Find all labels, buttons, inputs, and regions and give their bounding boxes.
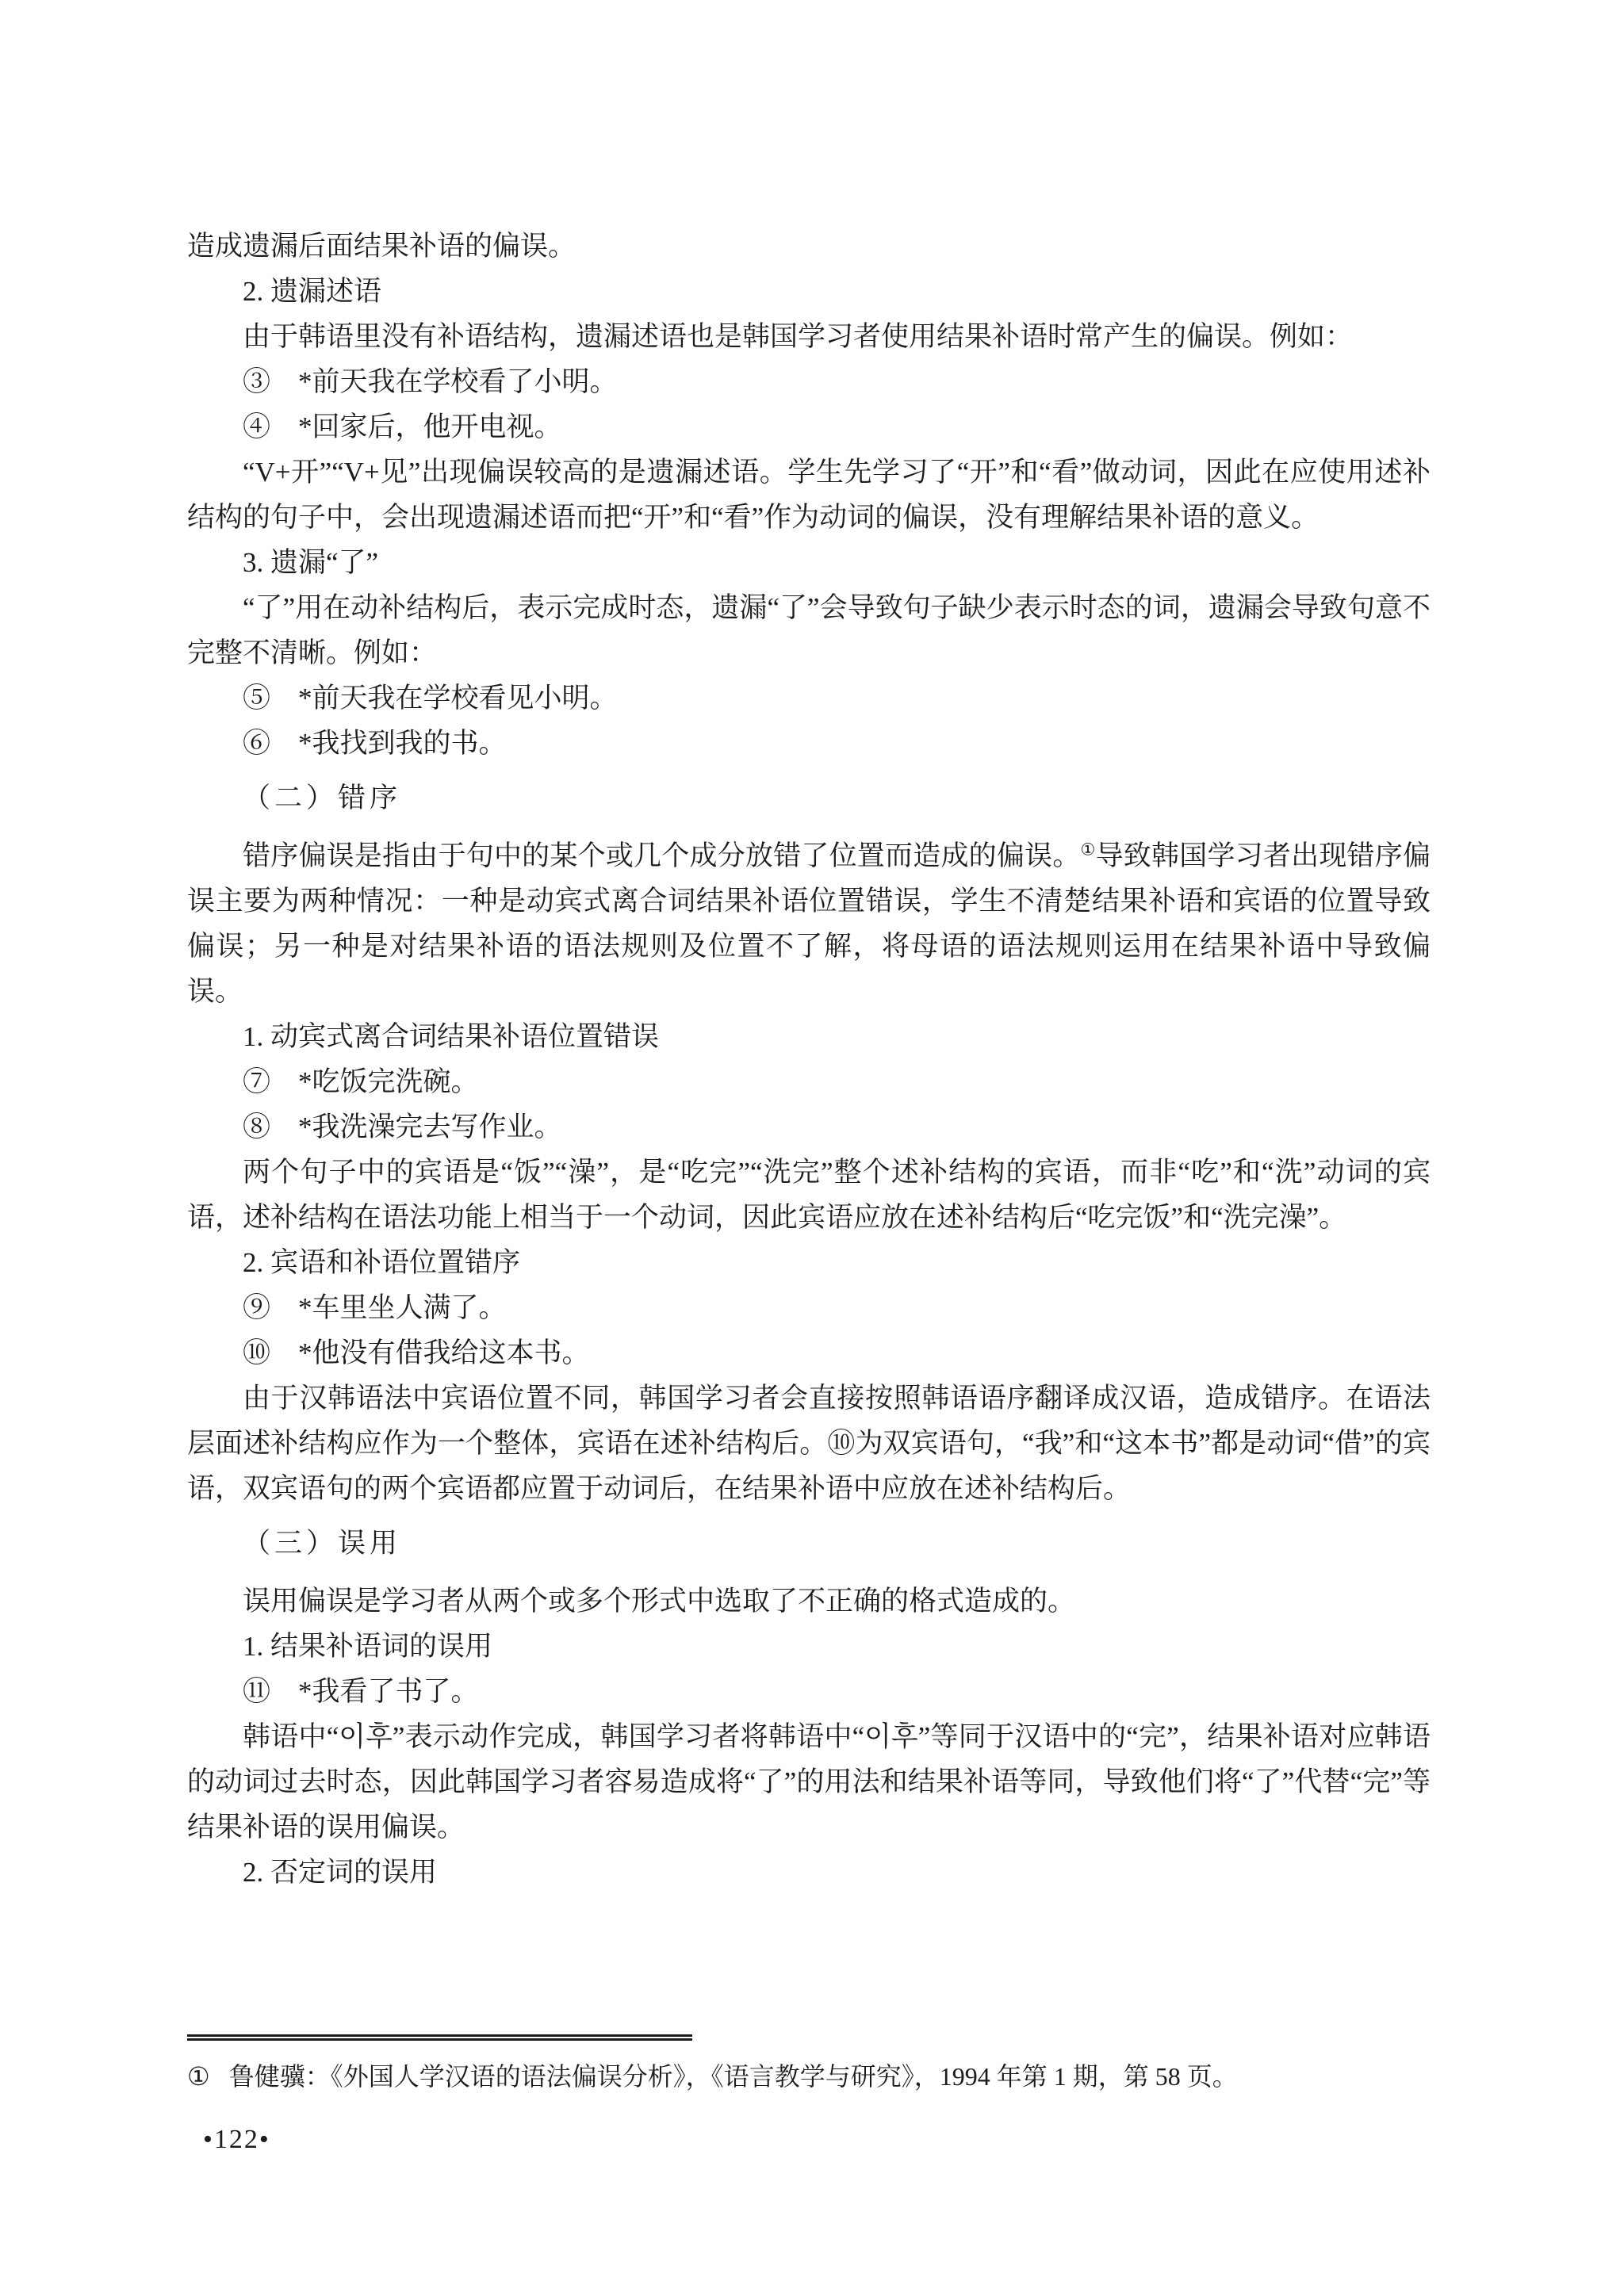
list-heading-omit-predicate: 2. 遗漏述语 [187,269,1431,314]
footnote-text: 鲁健骥：《外国人学汉语的语法偏误分析》，《语言教学与研究》，1994 年第 1 … [229,2062,1238,2091]
page-number: •122• [203,2125,1431,2155]
body-paragraph: 两个句子中的宾语是“饭”“澡”，是“吃完”“洗完”整个述补结构的宾语，而非“吃”… [187,1150,1431,1240]
example-sentence-4: ④ *回家后，他开电视。 [187,404,1431,450]
example-sentence-8: ⑧ *我洗澡完去写作业。 [187,1104,1431,1150]
body-paragraph: 由于韩语里没有补语结构，遗漏述语也是韩国学习者使用结果补语时常产生的偏误。例如： [187,314,1431,359]
example-sentence-11: ⑪ *我看了书了。 [187,1669,1431,1714]
example-sentence-3: ③ *前天我在学校看了小明。 [187,359,1431,404]
list-heading-object-complement-order: 2. 宾语和补语位置错序 [187,1240,1431,1285]
footnote-marker: ① [187,2058,210,2095]
example-sentence-6: ⑥ *我找到我的书。 [187,721,1431,766]
list-heading-separable-verb-error: 1. 动宾式离合词结果补语位置错误 [187,1014,1431,1059]
footnote-ref-marker: ① [1081,840,1096,859]
paragraph-text: 错序偏误是指由于句中的某个或几个成分放错了位置而造成的偏误。 [243,840,1081,871]
list-heading-negation-misuse: 2. 否定词的误用 [187,1850,1431,1895]
body-paragraph: 韩语中“이후”表示动作完成，韩国学习者将韩语中“이후”等同于汉语中的“完”，结果… [187,1714,1431,1850]
section-heading-misordering: （二）错序 [187,775,1431,821]
body-paragraph: 由于汉韩语法中宾语位置不同，韩国学习者会直接按照韩语语序翻译成汉语，造成错序。在… [187,1376,1431,1511]
page-footer: ①鲁健骥：《外国人学汉语的语法偏误分析》，《语言教学与研究》，1994 年第 1… [187,2034,1431,2155]
paragraph-continuation: 造成遗漏后面结果补语的偏误。 [187,224,1431,269]
example-sentence-5: ⑤ *前天我在学校看见小明。 [187,675,1431,721]
section-heading-misuse: （三）误用 [187,1521,1431,1566]
document-page: 造成遗漏后面结果补语的偏误。 2. 遗漏述语 由于韩语里没有补语结构，遗漏述语也… [0,0,1624,2296]
example-sentence-9: ⑨ *车里坐人满了。 [187,1285,1431,1330]
body-paragraph-with-footnote-ref: 错序偏误是指由于句中的某个或几个成分放错了位置而造成的偏误。①导致韩国学习者出现… [187,833,1431,1014]
example-sentence-7: ⑦ *吃饭完洗碗。 [187,1059,1431,1104]
footnote: ①鲁健骥：《外国人学汉语的语法偏误分析》，《语言教学与研究》，1994 年第 1… [187,2058,1431,2095]
list-heading-complement-word-misuse: 1. 结果补语词的误用 [187,1624,1431,1669]
footnote-separator-rule [187,2034,692,2041]
body-paragraph: “了”用在动补结构后，表示完成时态，遗漏“了”会导致句子缺少表示时态的词，遗漏会… [187,585,1431,675]
example-sentence-10: ⑩ *他没有借我给这本书。 [187,1330,1431,1376]
body-paragraph: 误用偏误是学习者从两个或多个形式中选取了不正确的格式造成的。 [187,1578,1431,1624]
page-body: 造成遗漏后面结果补语的偏误。 2. 遗漏述语 由于韩语里没有补语结构，遗漏述语也… [187,224,1431,1895]
list-heading-omit-le: 3. 遗漏“了” [187,540,1431,585]
body-paragraph: “V+开”“V+见”出现偏误较高的是遗漏述语。学生先学习了“开”和“看”做动词，… [187,450,1431,540]
